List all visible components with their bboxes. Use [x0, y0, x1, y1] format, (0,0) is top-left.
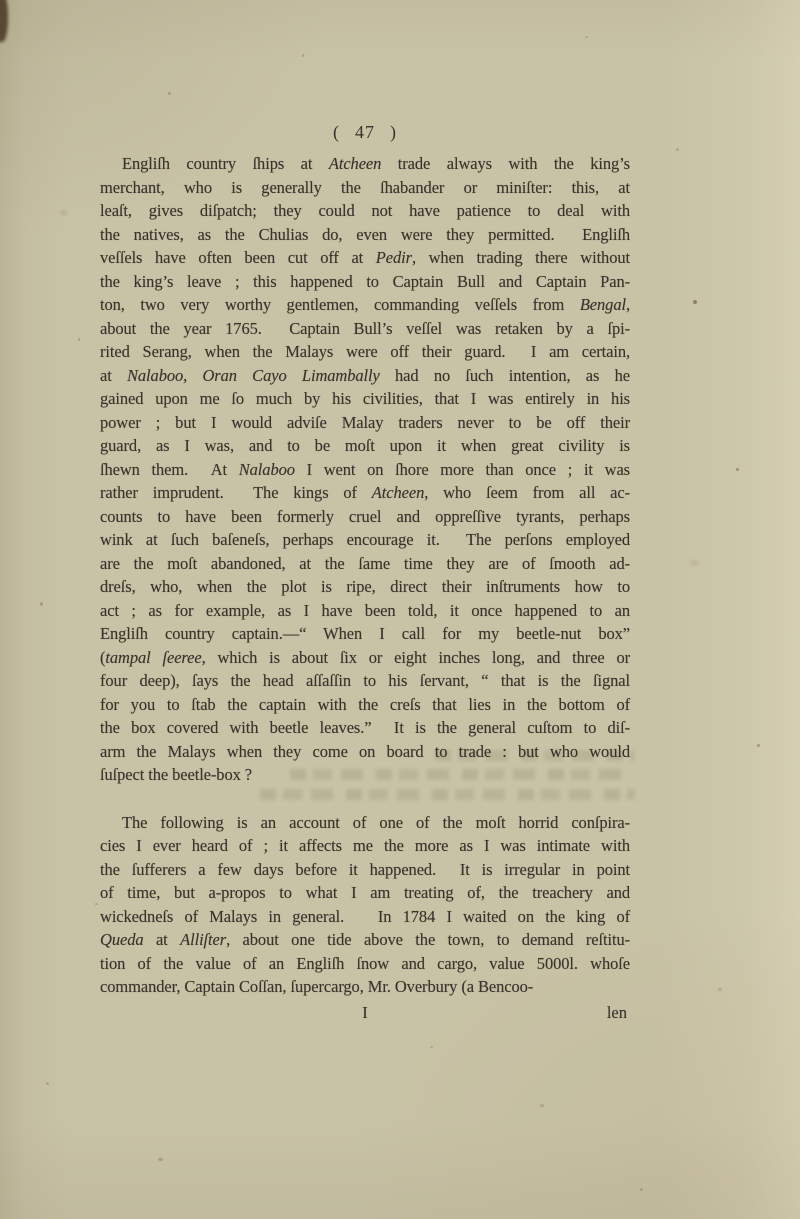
- text-line: merchant, who is generally the ſhabander…: [100, 176, 630, 200]
- roman-text: the ſufferers a few days before it happe…: [100, 860, 630, 879]
- foxing-speck: [757, 744, 760, 747]
- signature-mark: I: [362, 1001, 368, 1024]
- roman-text: leaſt, gives diſpatch; they could not ha…: [100, 201, 630, 220]
- roman-text: gained upon me ſo much by his civilities…: [100, 389, 630, 408]
- italic-text: Atcheen: [329, 154, 381, 173]
- roman-text: veſſels have often been cut off at: [100, 248, 376, 267]
- text-line: wink at ſuch baſeneſs, perhaps encourage…: [100, 528, 630, 552]
- italic-text: Bengal: [580, 295, 626, 314]
- roman-text: , about one tide above the town, to dema…: [226, 930, 630, 949]
- text-line: the ſufferers a few days before it happe…: [100, 858, 630, 882]
- catchword: len: [607, 1001, 627, 1024]
- roman-text: The following is an account of one of th…: [122, 813, 630, 832]
- roman-text: trade always with the king’s: [381, 154, 630, 173]
- page-header: (47): [100, 119, 630, 145]
- foxing-speck: [736, 468, 739, 471]
- foxing-speck: [676, 148, 679, 151]
- page-corner-stain: [0, 0, 8, 42]
- foxing-speck: [95, 903, 98, 905]
- text-line: about the year 1765. Captain Bull’s veſſ…: [100, 317, 630, 341]
- roman-text: at: [144, 930, 181, 949]
- roman-text: guard, as I was, and to be moſt upon it …: [100, 436, 630, 455]
- italic-text: Oran Cayo Limambally: [202, 366, 379, 385]
- text-line: the king’s leave ; this happened to Capt…: [100, 270, 630, 294]
- foxing-speck: [585, 36, 588, 38]
- text-line: cies I ever heard of ; it affects me the…: [100, 834, 630, 858]
- open-paren: (: [333, 122, 340, 142]
- roman-text: , when trading there without: [412, 248, 630, 267]
- close-paren: ): [390, 122, 397, 142]
- roman-text: , which is about ſix or eight inches lon…: [202, 648, 630, 667]
- roman-text: rited Serang, when the Malays were off t…: [100, 342, 630, 361]
- text-line: Engliſh country captain.—“ When I call f…: [100, 622, 630, 646]
- text-line: at Nalaboo, Oran Cayo Limambally had no …: [100, 364, 630, 388]
- text-line: The following is an account of one of th…: [100, 811, 630, 835]
- text-line: tion of the value of an Engliſh ſnow and…: [100, 952, 630, 976]
- italic-text: tampal ſeeree: [105, 648, 201, 667]
- text-line: the natives, as the Chulias do, even wer…: [100, 223, 630, 247]
- text-block: Engliſh country ſhips at Atcheen trade a…: [100, 152, 630, 999]
- roman-text: dreſs, who, when the plot is ripe, direc…: [100, 577, 630, 596]
- foxing-speck: [40, 602, 43, 606]
- paragraph: The following is an account of one of th…: [100, 811, 630, 999]
- text-line: power ; but I would adviſe Malay traders…: [100, 411, 630, 435]
- roman-text: of time, but a-propos to what I am treat…: [100, 883, 630, 902]
- roman-text: power ; but I would adviſe Malay traders…: [100, 413, 630, 432]
- text-line: dreſs, who, when the plot is ripe, direc…: [100, 575, 630, 599]
- roman-text: commander, Captain Coſſan, ſupercargo, M…: [100, 977, 533, 996]
- roman-text: act ; as for example, as I have been tol…: [100, 601, 630, 620]
- roman-text: ſhewn them. At: [100, 460, 239, 479]
- foxing-speck: [430, 1046, 433, 1048]
- text-line: act ; as for example, as I have been tol…: [100, 599, 630, 623]
- roman-text: Engliſh country ſhips at: [122, 154, 329, 173]
- foxing-speck: [46, 1082, 49, 1085]
- roman-text: four deep), ſays the head aſſaſſin to hi…: [100, 671, 630, 690]
- text-line: (tampal ſeeree, which is about ſix or ei…: [100, 646, 630, 670]
- foxing-speck: [718, 988, 722, 991]
- text-line: ſuſpect the beetle-box ?: [100, 763, 630, 787]
- foxing-speck: [302, 54, 304, 57]
- roman-text: arm the Malays when they come on board t…: [100, 742, 630, 761]
- italic-text: Nalaboo: [239, 460, 295, 479]
- italic-text: Atcheen: [372, 483, 424, 502]
- text-line: counts to have been formerly cruel and o…: [100, 505, 630, 529]
- text-line: leaſt, gives diſpatch; they could not ha…: [100, 199, 630, 223]
- roman-text: the natives, as the Chulias do, even wer…: [100, 225, 630, 244]
- book-page: (47) Engliſh country ſhips at Atcheen tr…: [0, 0, 800, 1219]
- roman-text: wink at ſuch baſeneſs, perhaps encourage…: [100, 530, 630, 549]
- roman-text: ,: [183, 366, 202, 385]
- roman-text: rather imprudent. The kings of: [100, 483, 372, 502]
- signature-line: I len: [100, 1001, 630, 1025]
- text-line: rited Serang, when the Malays were off t…: [100, 340, 630, 364]
- text-line: ton, two very worthy gentlemen, commandi…: [100, 293, 630, 317]
- roman-text: at: [100, 366, 127, 385]
- roman-text: ,: [626, 295, 630, 314]
- paragraph: Engliſh country ſhips at Atcheen trade a…: [100, 152, 630, 787]
- text-line: commander, Captain Coſſan, ſupercargo, M…: [100, 975, 630, 999]
- foxing-speck: [693, 300, 697, 304]
- text-line: the box covered with beetle leaves.” It …: [100, 716, 630, 740]
- text-line: for you to ſtab the captain with the cre…: [100, 693, 630, 717]
- roman-text: merchant, who is generally the ſhabander…: [100, 178, 630, 197]
- roman-text: wickedneſs of Malays in general. In 1784…: [100, 907, 630, 926]
- roman-text: I went on ſhore more than once ; it was: [295, 460, 630, 479]
- italic-text: Alliſter: [180, 930, 226, 949]
- roman-text: the box covered with beetle leaves.” It …: [100, 718, 630, 737]
- italic-text: Pedir: [376, 248, 412, 267]
- roman-text: counts to have been formerly cruel and o…: [100, 507, 630, 526]
- text-line: Engliſh country ſhips at Atcheen trade a…: [100, 152, 630, 176]
- foxing-speck: [78, 338, 80, 341]
- foxing-speck: [158, 1158, 163, 1161]
- text-line: arm the Malays when they come on board t…: [100, 740, 630, 764]
- text-line: guard, as I was, and to be moſt upon it …: [100, 434, 630, 458]
- roman-text: ſuſpect the beetle-box ?: [100, 765, 252, 784]
- roman-text: are the moſt abandoned, at the ſame time…: [100, 554, 630, 573]
- roman-text: Engliſh country captain.—“ When I call f…: [100, 624, 630, 643]
- text-line: four deep), ſays the head aſſaſſin to hi…: [100, 669, 630, 693]
- foxing-speck: [690, 560, 699, 566]
- text-line: of time, but a-propos to what I am treat…: [100, 881, 630, 905]
- roman-text: about the year 1765. Captain Bull’s veſſ…: [100, 319, 630, 338]
- text-line: gained upon me ſo much by his civilities…: [100, 387, 630, 411]
- text-line: are the moſt abandoned, at the ſame time…: [100, 552, 630, 576]
- roman-text: ton, two very worthy gentlemen, commandi…: [100, 295, 580, 314]
- italic-text: Queda: [100, 930, 144, 949]
- foxing-speck: [60, 210, 68, 215]
- foxing-speck: [168, 92, 171, 95]
- text-line: wickedneſs of Malays in general. In 1784…: [100, 905, 630, 929]
- foxing-speck: [640, 1188, 643, 1191]
- roman-text: for you to ſtab the captain with the cre…: [100, 695, 630, 714]
- roman-text: tion of the value of an Engliſh ſnow and…: [100, 954, 630, 973]
- text-line: rather imprudent. The kings of Atcheen, …: [100, 481, 630, 505]
- page-number: 47: [355, 122, 375, 142]
- roman-text: the king’s leave ; this happened to Capt…: [100, 272, 630, 291]
- foxing-speck: [540, 1104, 544, 1107]
- roman-text: , who ſeem from all ac-: [424, 483, 630, 502]
- italic-text: Nalaboo: [127, 366, 183, 385]
- roman-text: had no ſuch intention, as he: [380, 366, 630, 385]
- text-line: veſſels have often been cut off at Pedir…: [100, 246, 630, 270]
- roman-text: cies I ever heard of ; it affects me the…: [100, 836, 630, 855]
- text-line: ſhewn them. At Nalaboo I went on ſhore m…: [100, 458, 630, 482]
- text-line: Queda at Alliſter, about one tide above …: [100, 928, 630, 952]
